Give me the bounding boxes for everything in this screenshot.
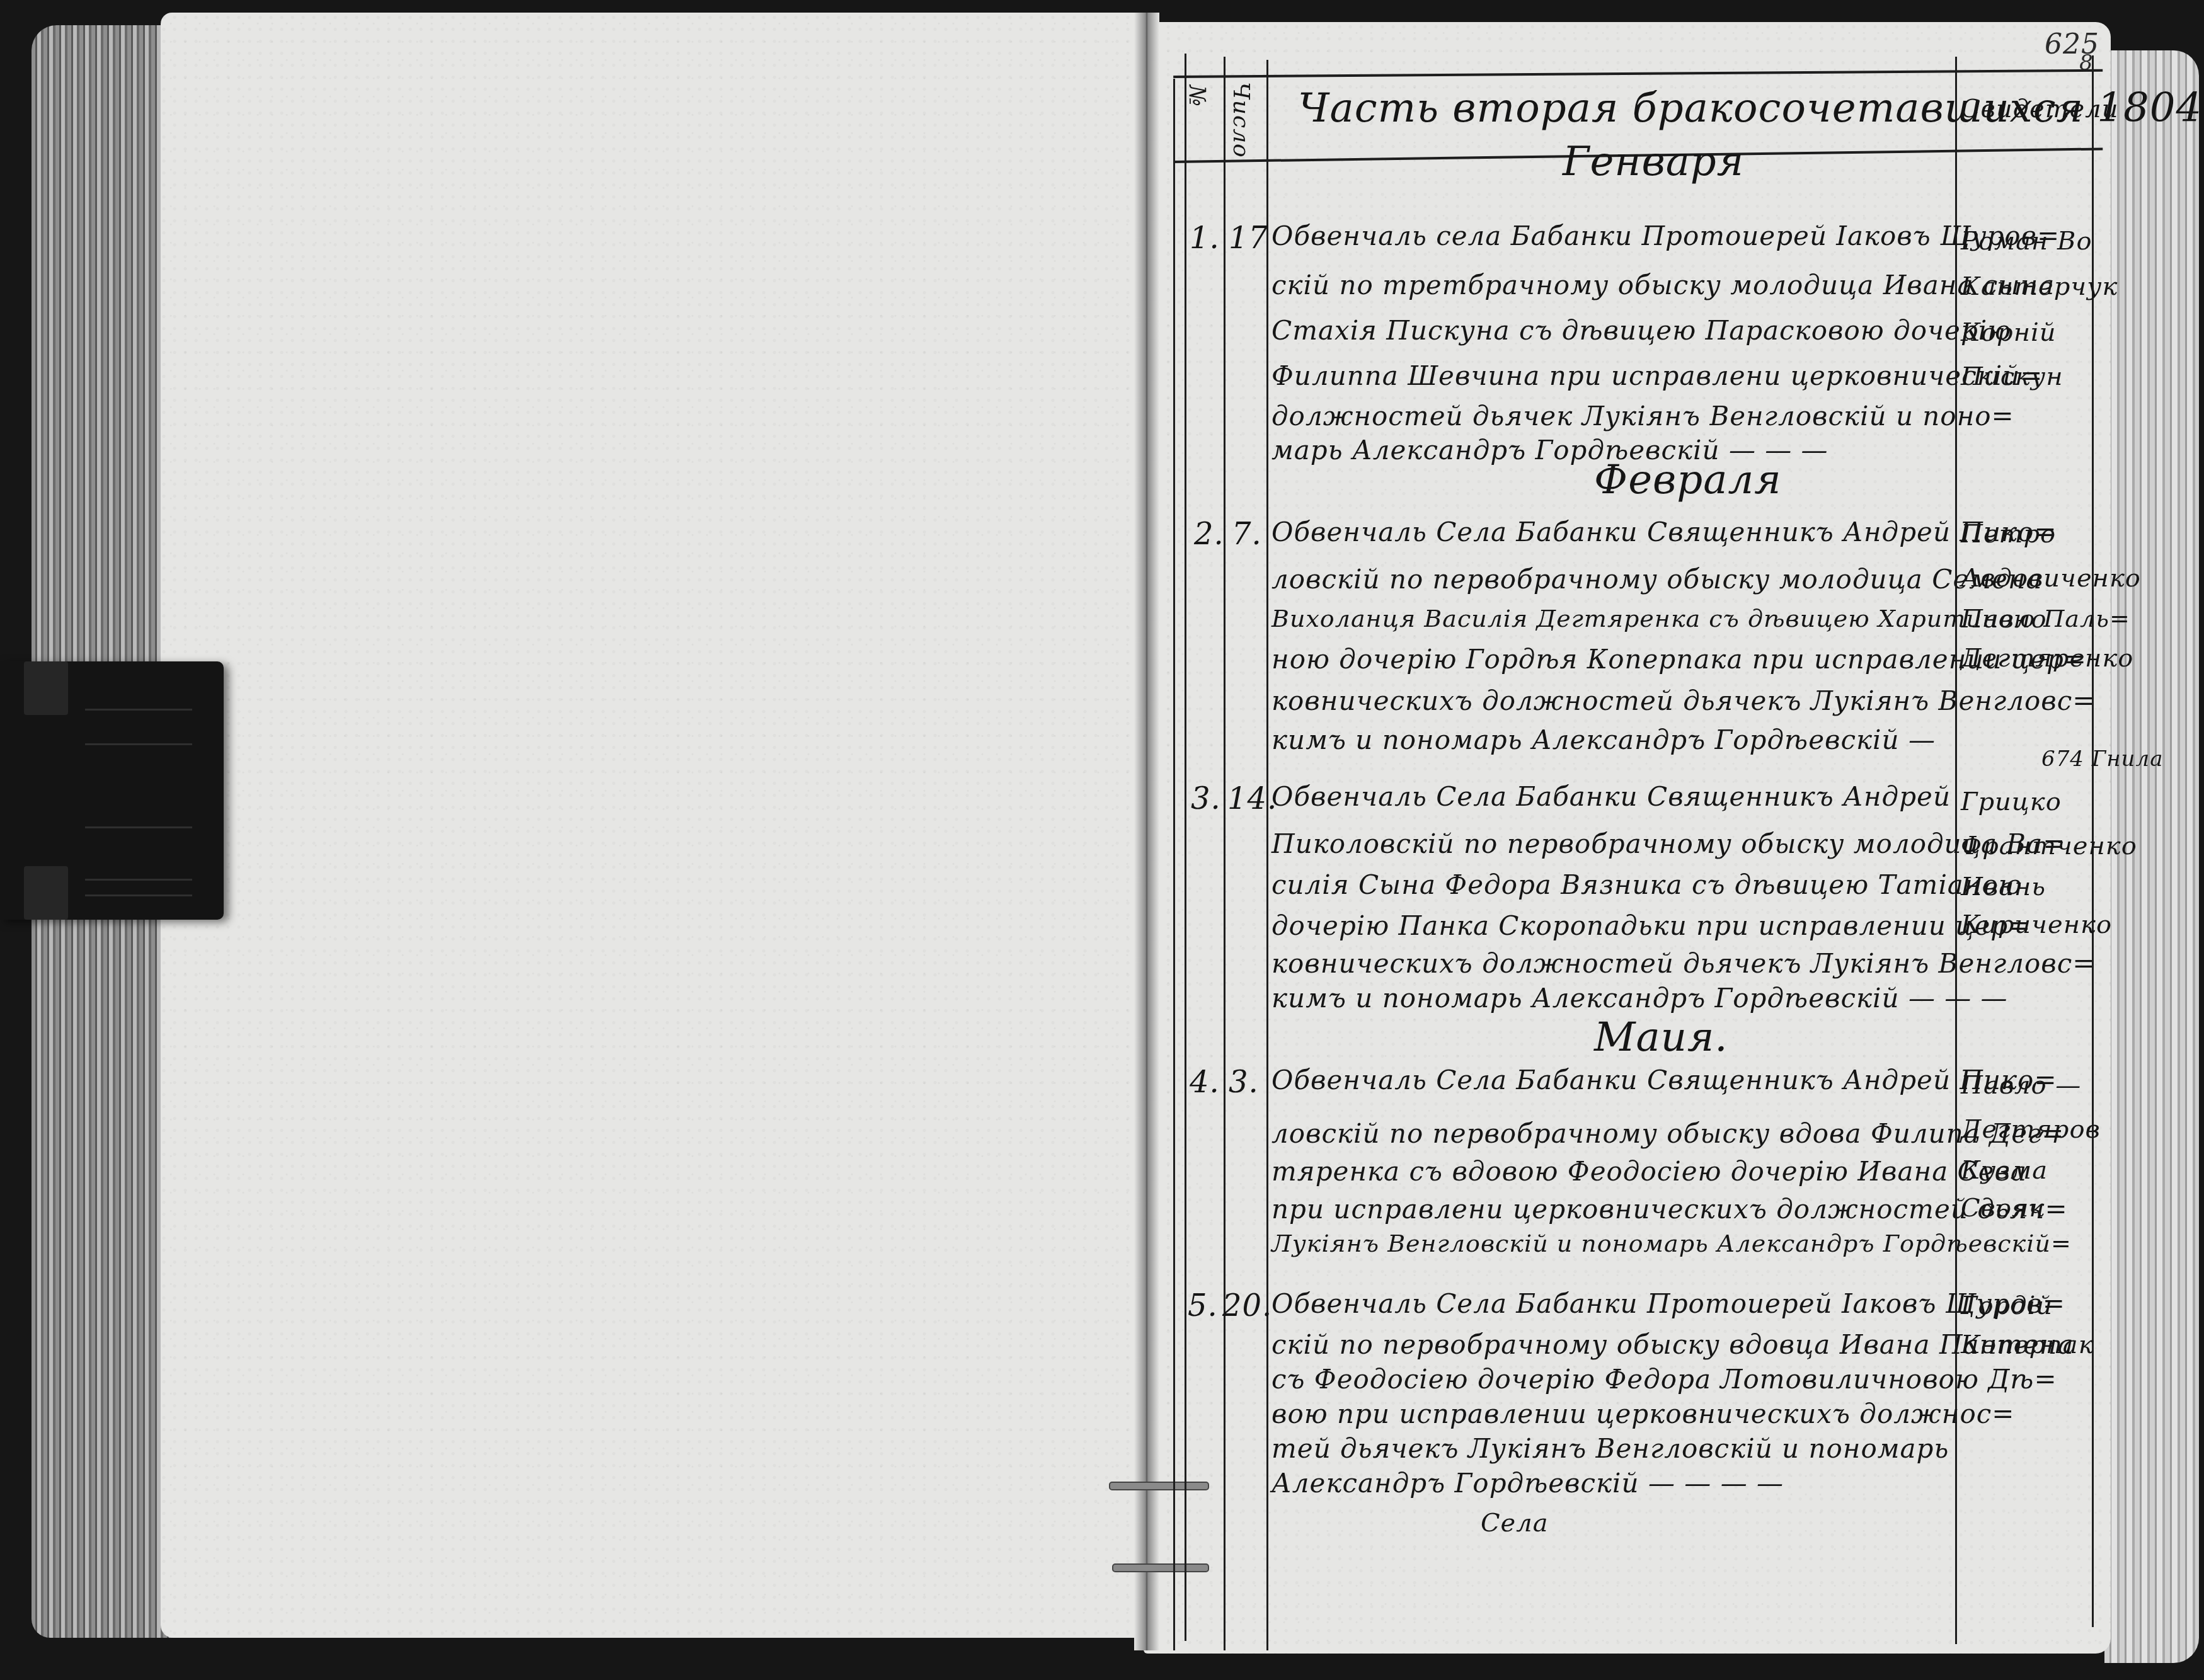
header-col-day: Число <box>1228 82 1254 158</box>
witness-name: Павло — <box>1961 1071 2081 1100</box>
entry-line: тей дьячекъ Лукіянъ Венгловскій и понома… <box>1271 1433 1949 1464</box>
rule-col-no <box>1173 79 1175 1650</box>
binding-stitch-icon <box>1112 1563 1209 1572</box>
witness-name: Дегтяренко <box>1961 644 2133 673</box>
entry-line: кимъ и пономарь Александръ Гордѣевскій —… <box>1271 983 2008 1014</box>
clip-ridge <box>85 826 192 828</box>
witness-name: Грицко <box>1961 787 2062 816</box>
witness-name: Корній <box>1961 318 2057 347</box>
entry-no: 4. <box>1190 1065 1220 1100</box>
entry-line: должностей дьячек Лукіянъ Венгловскій и … <box>1271 401 2014 431</box>
entry-line: Обвенчаль Села Бабанки Священникъ Андрей… <box>1271 517 2057 547</box>
entry-line: дочерію Панка Скоропадьки при исправлени… <box>1271 910 2031 941</box>
entry-line: кимъ и пономарь Александръ Гордѣевскій — <box>1271 724 1936 755</box>
month-heading: Маия. <box>1594 1014 1728 1061</box>
entry-line: ковническихъ должностей дьячекъ Лукіянъ … <box>1271 685 2095 716</box>
witness-name: Коперпак <box>1961 1330 2094 1359</box>
entry-line: скій по третбрачному обыску молодица Ива… <box>1271 270 2055 300</box>
book-gutter <box>1134 13 1159 1650</box>
witness-name: Свояк <box>1961 1194 2045 1223</box>
witness-name: Гордій <box>1961 1291 2053 1320</box>
entry-no: 3. <box>1191 781 1221 816</box>
entry-line: съ Феодосіею дочерію Федора Лотовиличнов… <box>1271 1364 2057 1395</box>
witness-name: Роман Во <box>1961 227 2092 256</box>
clip-ridge <box>85 709 192 711</box>
entry-line: Обвенчаль села Бабанки Протоиерей Іаковъ… <box>1271 220 2060 251</box>
entry-line: Обвенчаль Села Бабанки Протоиерей Іаковъ… <box>1271 1288 2065 1319</box>
header-col-no: № <box>1184 85 1210 107</box>
witness-name: Кириченко <box>1961 910 2112 939</box>
entry-no: 2. <box>1194 517 1224 552</box>
entry-line: Филиппа Шевчина при исправлени церковнич… <box>1271 360 2043 391</box>
witness-name: Кузма <box>1961 1156 2048 1185</box>
entry-line: Лукіянъ Венгловскій и пономарь Александр… <box>1271 1230 2072 1257</box>
rule-col-text <box>1266 60 1268 1650</box>
entry-line: тяренка съ вдовою Феодосіею дочерію Иван… <box>1271 1156 2027 1187</box>
margin-note: 674 Гнила <box>2041 746 2163 772</box>
clip-ridge <box>85 879 192 881</box>
clip-ridge <box>85 894 192 896</box>
entry-day: 7. <box>1232 517 1262 552</box>
header-col-witnesses: Свидетели <box>1961 94 2119 123</box>
entry-day: 17 <box>1229 220 1268 256</box>
entry-line: Пиколовскій по первобрачному обыску моло… <box>1271 828 2065 859</box>
witness-name: Петро <box>1961 520 2056 549</box>
rule-page-left <box>1185 54 1186 1641</box>
binding-stitch-icon <box>1109 1482 1209 1490</box>
clip-ridge <box>85 743 192 745</box>
witness-name: Ивань <box>1961 872 2046 901</box>
entry-line: при исправлени церковническихъ должносте… <box>1271 1194 2068 1225</box>
rule-col-day <box>1224 57 1225 1650</box>
entry-line: Обвенчаль Села Бабанки Священникъ Андрей… <box>1271 1065 2057 1095</box>
entry-line: скій по первобрачному обыску вдовца Иван… <box>1271 1329 2074 1360</box>
witness-name: Франтченко <box>1961 831 2137 860</box>
corner-mark: 8 <box>2079 50 2094 76</box>
witness-name: Кантерчук <box>1961 272 2118 301</box>
entry-line: вою при исправлении церковническихъ долж… <box>1271 1398 2014 1429</box>
entry-line: Стахія Пискуна съ дѣвицею Парасковою доч… <box>1271 315 2011 346</box>
entry-line: ловскій по первобрачному обыску молодица… <box>1271 564 2043 595</box>
month-heading: Генваря <box>1563 139 1744 185</box>
entry-day: 14. <box>1227 781 1277 816</box>
left-page-blank <box>161 13 1153 1638</box>
witness-name: Павло <box>1961 605 2047 634</box>
entry-day: 3. <box>1229 1065 1259 1100</box>
entry-line: ловскій по первобрачному обыску вдова Фи… <box>1271 1118 2065 1149</box>
witness-name: Дегтяров <box>1961 1115 2101 1144</box>
entry-line: ковническихъ должностей дьячекъ Лукіянъ … <box>1271 948 2095 979</box>
binder-clip-icon <box>0 661 224 920</box>
clip-knuckle-top <box>24 661 68 715</box>
entry-line: Обвенчаль Села Бабанки Священникъ Андрей <box>1271 781 1951 812</box>
entry-no: 1. <box>1190 220 1220 256</box>
entry-line: силія Сына Федора Вязника съ дѣвицею Тат… <box>1271 869 2023 900</box>
month-heading: Февраля <box>1594 457 1782 503</box>
witness-name: Пискун <box>1961 362 2063 391</box>
clip-knuckle-bottom <box>24 866 68 920</box>
catchword: Села <box>1481 1509 1549 1538</box>
entry-no: 5. <box>1188 1288 1218 1323</box>
entry-day: 20. <box>1222 1288 1272 1323</box>
witness-name: Авдовиченко <box>1961 564 2141 593</box>
entry-line: Александръ Гордѣевскій — — — — <box>1271 1468 1784 1499</box>
